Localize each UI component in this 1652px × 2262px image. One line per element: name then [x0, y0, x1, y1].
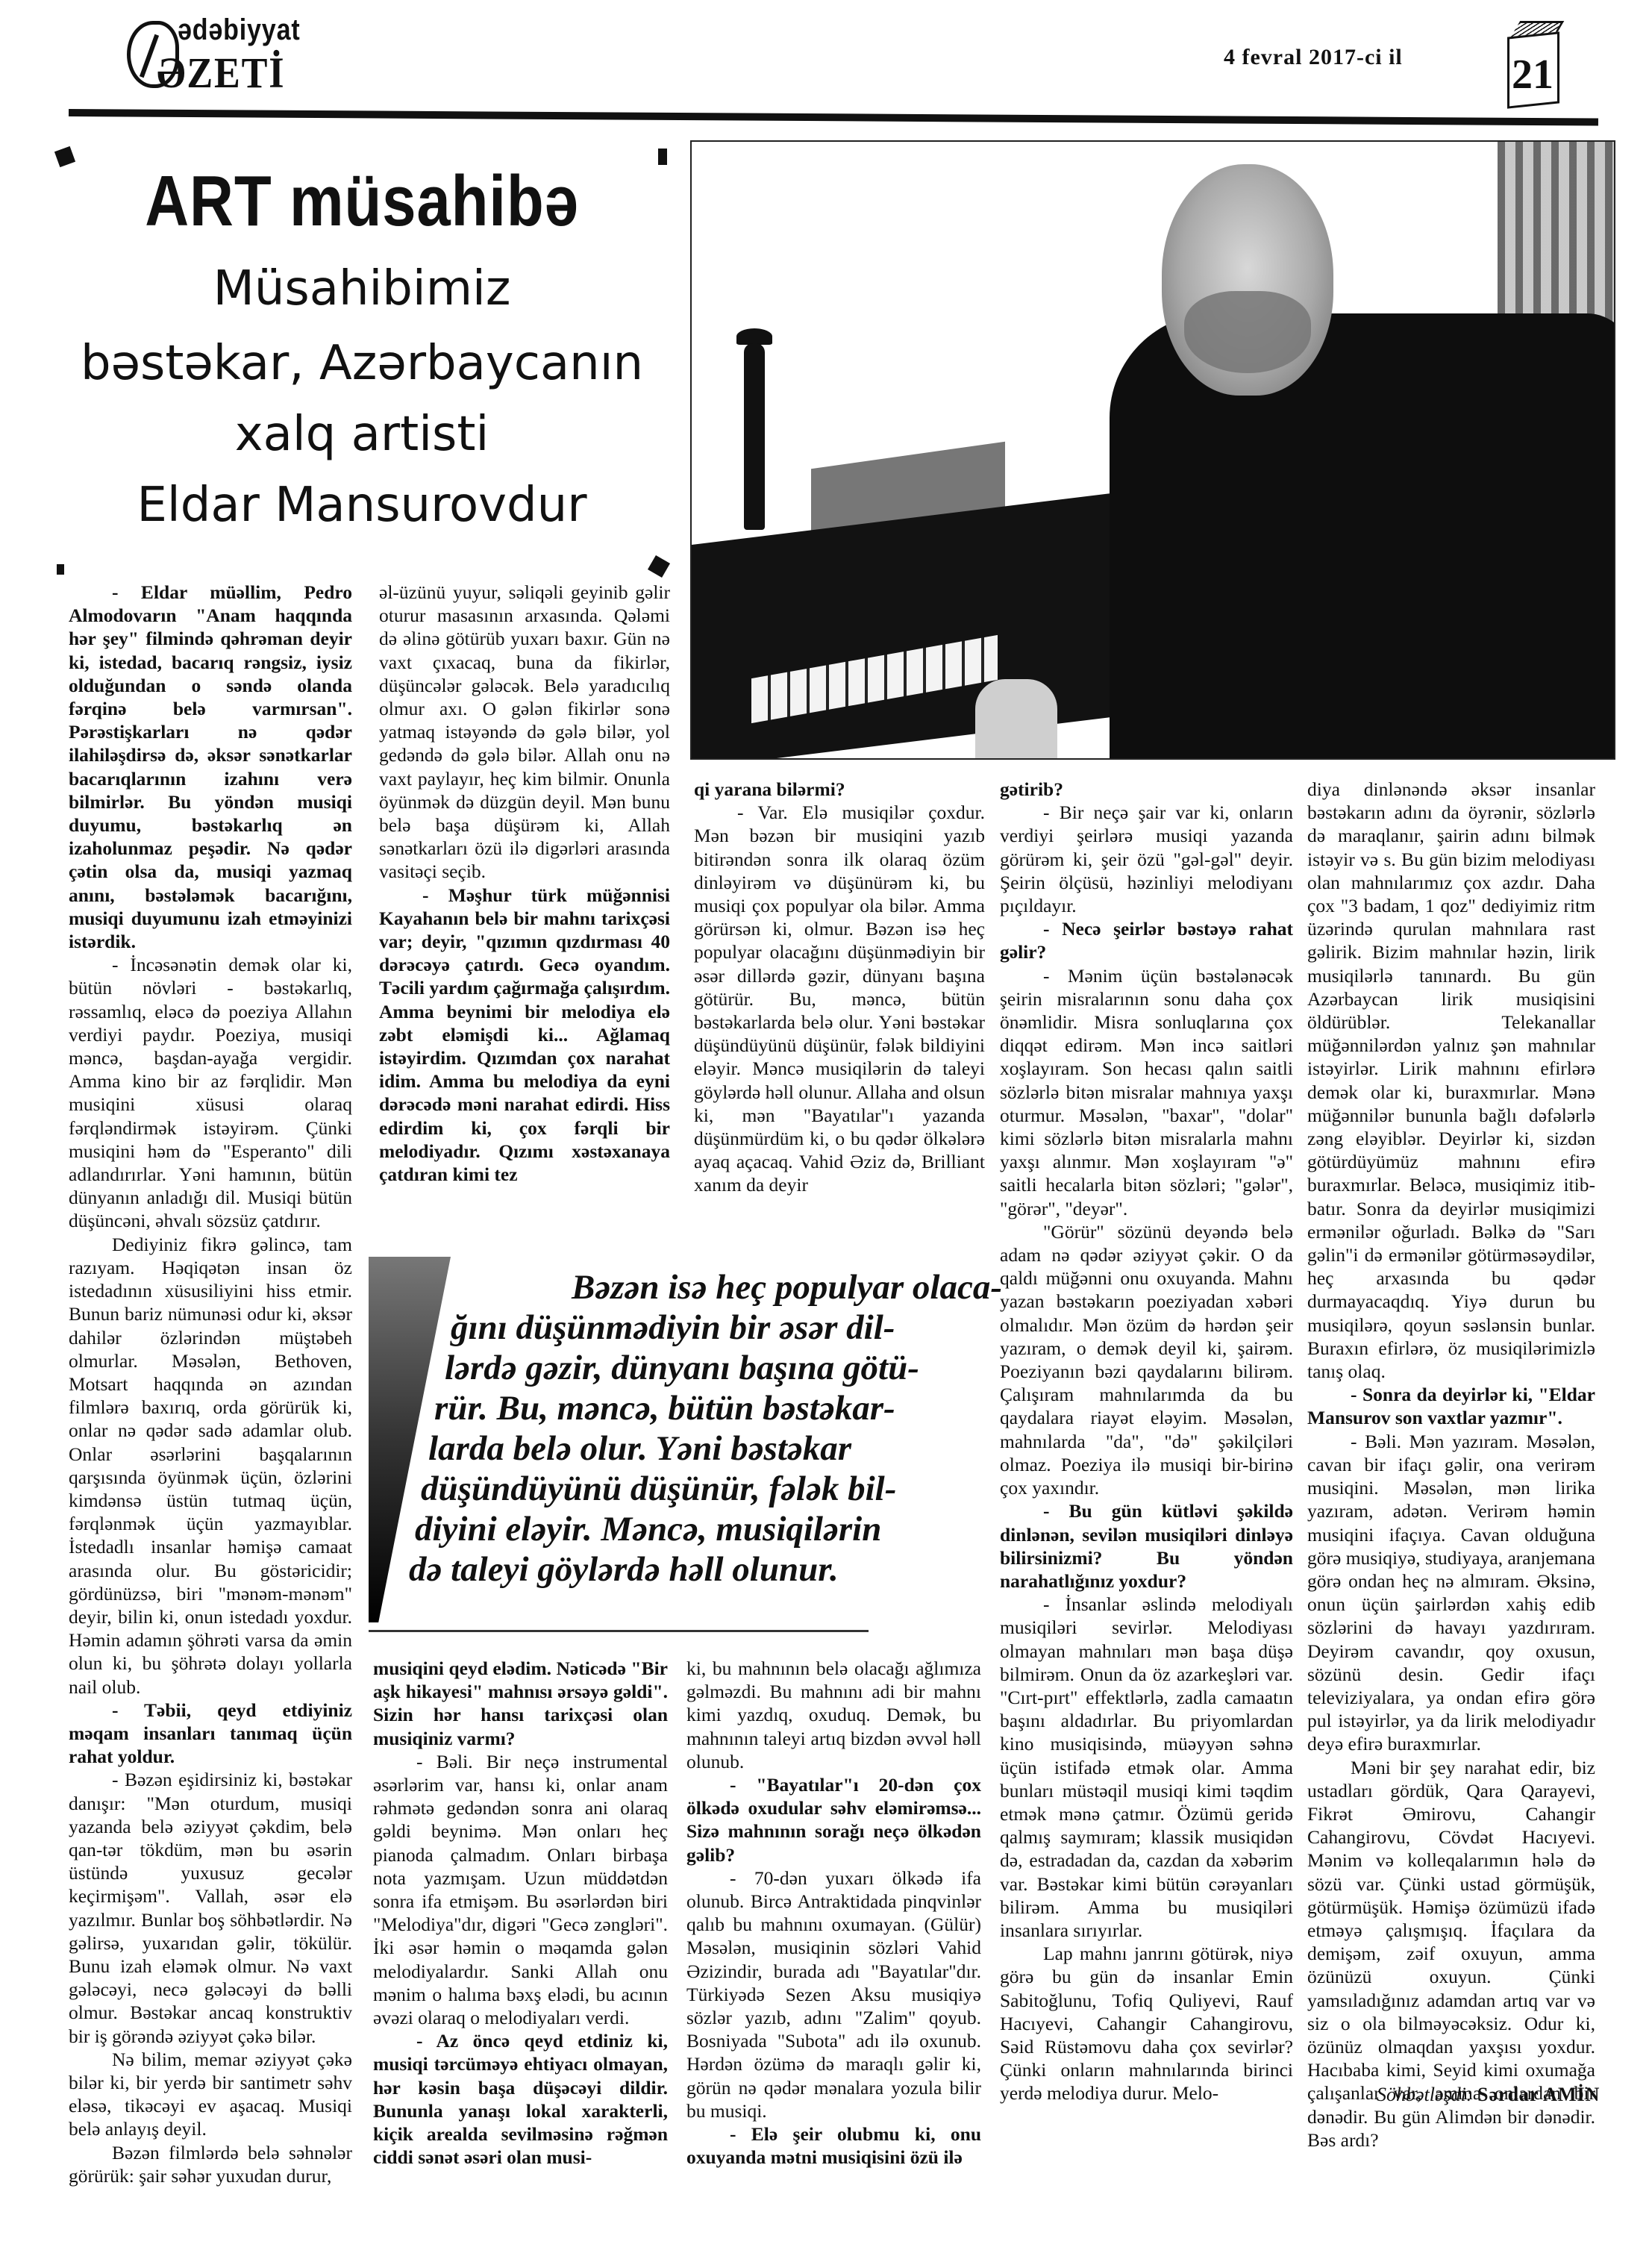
interview-question: - Elə şeir olubmu ki, onu oxuyanda mətni… [686, 2122, 981, 2169]
text-column-3-bottom: ki, bu mahnının belə olacağı ağlımıza gə… [686, 1657, 981, 2169]
interview-answer: Lap mahnı janrını götürək, niyə görə bu … [1000, 1942, 1293, 2105]
logo-line-2: ƏZETİ [157, 48, 285, 98]
corner-mark-icon [54, 146, 75, 167]
issue-date: 4 fevral 2017-ci il [1224, 45, 1403, 70]
interview-answer: Nə bilim, memar əziyyət çəkə bilər ki, b… [69, 2048, 352, 2141]
person-hand [975, 679, 1057, 760]
interview-question: - Məşhur türk müğənnisi Kayahanın belə b… [379, 884, 670, 1187]
interview-question: - Necə şeirlər bəstəyə rahat gəlir? [1000, 917, 1293, 963]
page-number-badge: 21 [1507, 21, 1571, 109]
corner-mark-icon [57, 564, 64, 575]
section-kicker: ART müsahibə [98, 160, 625, 243]
interview-question: - Eldar müəllim, Pedro Almodovarın "Anam… [69, 581, 352, 953]
interview-answer: diya dinlənəndə əksər insanlar bəstəkarı… [1307, 778, 1595, 1383]
headline-line-3: xalq artisti [52, 407, 672, 462]
headline-line-4: Eldar Mansurovdur [52, 478, 672, 533]
figurine-hat [736, 328, 772, 345]
interview-answer: - Var. Elə musiqilər çoxdur. Mən bəzən b… [694, 801, 985, 1196]
pull-quote-divider [369, 1630, 869, 1632]
composer-photo [690, 140, 1615, 760]
interview-answer: - 70-dən yuxarı ölkədə ifa olunub. Bircə… [686, 1866, 981, 2122]
text-column-2-top: əl-üzünü yuyur, səliqəli geyinib gəlir o… [379, 581, 670, 1186]
byline-label: Söhbətləşdi: [1377, 2084, 1473, 2105]
pull-quote-text: Bəzən isə heç populyar olaca- ğını düşün… [400, 1267, 863, 1590]
article-title-block: ART müsahibə Müsahibimiz bəstəkar, Azərb… [52, 146, 672, 575]
interview-answer: - İnsanlar əslində melodiyalı musiqiləri… [1000, 1593, 1293, 1942]
interview-question: - Təbii, qeyd etdiyiniz məqam insanları … [69, 1699, 352, 1769]
interview-answer: Dediyiniz fikrə gəlincə, tam razıyam. Hə… [69, 1233, 352, 1699]
person-body [1110, 313, 1615, 760]
pull-quote: Bəzən isə heç populyar olaca- ğını düşün… [369, 1257, 869, 1634]
figurine-shape [744, 343, 765, 530]
interview-question: qi yarana bilərmi? [694, 778, 985, 801]
text-column-2-bottom: musiqini qeyd elədim. Nəticədə "Bir aşk … [373, 1657, 668, 2169]
interview-question: - "Bayatılar"ı 20-dən çox ölkədə oxudula… [686, 1773, 981, 1866]
interview-answer: "Görür" sözünü deyəndə belə adam nə qədə… [1000, 1220, 1293, 1499]
interview-answer: - İncəsənətin demək olar ki, bütün növlə… [69, 953, 352, 1232]
interview-question: - Az öncə qeyd etdiniz ki, musiqi tərcüm… [373, 2029, 668, 2169]
headline-line-2: bəstəkar, Azərbaycanın [52, 336, 672, 391]
byline-author: Sərdar AMİN [1477, 2084, 1600, 2105]
interview-answer: Bəzən filmlərdə belə səhnələr görürük: ş… [69, 2141, 352, 2187]
corner-mark-icon [658, 149, 667, 165]
byline: Söhbətləşdi: Sərdar AMİN [1377, 2084, 1600, 2106]
newspaper-masthead: ədəbiyyat ƏZETİ [127, 13, 366, 96]
text-column-1: - Eldar müəllim, Pedro Almodovarın "Anam… [69, 581, 352, 2187]
interview-answer: ki, bu mahnının belə olacağı ağlımıza gə… [686, 1657, 981, 1773]
interview-question: gətirib? [1000, 778, 1293, 801]
text-column-5: diya dinlənəndə əksər insanlar bəstəkarı… [1307, 778, 1595, 2152]
interview-answer: - Bir neçə şair var ki, onların verdiyi … [1000, 801, 1293, 917]
person-beard [1184, 291, 1311, 373]
headline-line-1: Müsahibimiz [52, 261, 672, 316]
interview-answer: - Mənim üçün bəstələnəcək şeirin misrala… [1000, 964, 1293, 1220]
header-divider [69, 109, 1598, 126]
interview-question: - Bu gün kütləvi şəkildə dinlənən, sevil… [1000, 1499, 1293, 1593]
text-column-3-top: qi yarana bilərmi? - Var. Elə musiqilər … [694, 778, 985, 1197]
interview-answer: - Bəli. Mən yazıram. Məsələn, cavan bir … [1307, 1430, 1595, 1756]
logo-line-1: ədəbiyyat [178, 13, 301, 47]
interview-question: musiqini qeyd elədim. Nəticədə "Bir aşk … [373, 1657, 668, 1750]
interview-answer: - Bəli. Bir neçə instrumental əsərlərim … [373, 1750, 668, 2029]
corner-mark-icon [648, 555, 670, 578]
interview-question: - Sonra da deyirlər ki, "Eldar Mansurov … [1307, 1383, 1595, 1429]
interview-answer: - Bəzən eşidirsiniz ki, bəstəkar danışır… [69, 1768, 352, 2047]
page-number: 21 [1512, 51, 1554, 99]
interview-answer: əl-üzünü yuyur, səliqəli geyinib gəlir o… [379, 581, 670, 884]
text-column-4: gətirib? - Bir neçə şair var ki, onların… [1000, 778, 1293, 2105]
